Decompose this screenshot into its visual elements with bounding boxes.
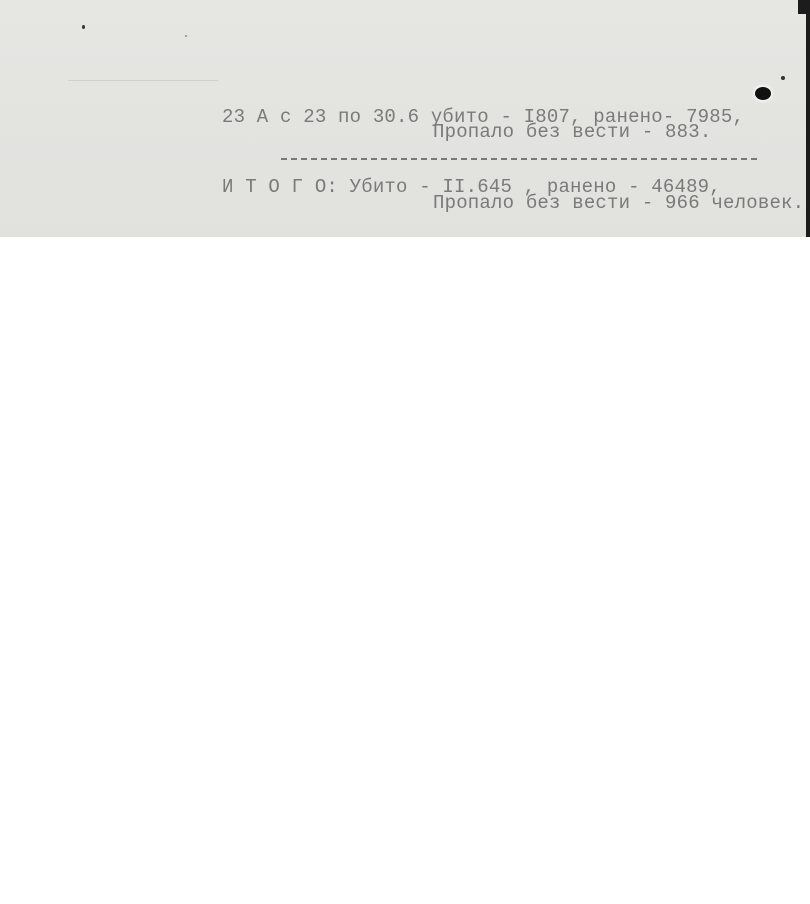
faint-mark <box>68 80 218 81</box>
scan-edge-shadow <box>806 0 810 237</box>
entry-23a-line2: Пропало без вести - 883. <box>433 123 711 142</box>
document-scan: 23 А с 23 по 30.6 убито - I807, ранено- … <box>0 0 810 237</box>
ink-speck <box>781 76 785 80</box>
punch-hole <box>755 87 771 100</box>
separator-rule <box>281 158 757 160</box>
ink-speck <box>185 35 187 37</box>
totals-line2: Пропало без вести - 966 человек. <box>433 194 804 213</box>
ink-speck <box>82 25 85 29</box>
